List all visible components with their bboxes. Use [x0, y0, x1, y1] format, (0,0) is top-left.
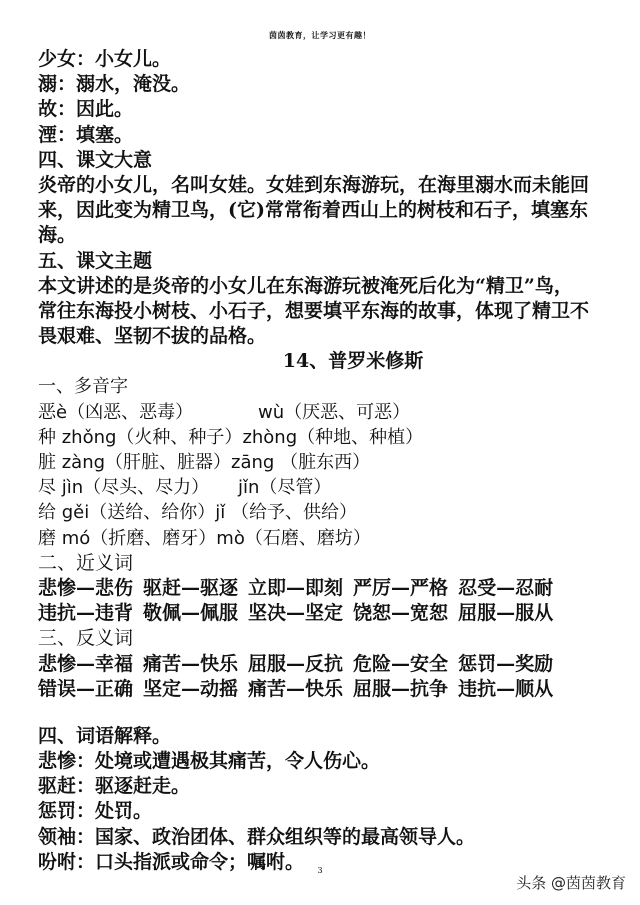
- synonym-row: 悲惨—悲伤 驱赶—驱逐 立即—即刻 严厉—严格 忍受—忍耐: [38, 576, 608, 601]
- antonym-row: 悲惨—幸福 痛苦—快乐 屈服—反抗 危险—安全 惩罚—奖励: [38, 652, 608, 677]
- glossary-line: 惩罚：处罚。: [38, 799, 608, 824]
- antonym-pair: 悲惨—幸福: [38, 652, 133, 677]
- polyphone-row: 脏 zàng（肝脏、脏器） zāng （脏东西）: [38, 450, 608, 475]
- watermark: 头条 @茵茵教育: [516, 872, 626, 893]
- lesson-title: 14、普罗米修斯: [38, 349, 608, 374]
- polyphone-row: 尽 jìn（尽头、尽力） jǐn（尽管）: [38, 475, 608, 500]
- section-heading-polyphones: 一、多音字: [38, 374, 608, 399]
- synonym-pair: 立即—即刻: [248, 576, 343, 601]
- synonym-pair: 忍受—忍耐: [458, 576, 553, 601]
- polyphone-reading: mò（石磨、磨坊）: [216, 526, 371, 551]
- polyphone-row: 恶è（凶恶、恶毒） wù（厌恶、可恶）: [38, 400, 608, 425]
- polyphone-row: 给 gěi（送给、给你） jǐ （给予、供给）: [38, 500, 608, 525]
- summary-line: 炎帝的小女儿，名叫女娃。女娃到东海游玩，在海里溺水而未能回: [38, 173, 608, 198]
- polyphone-reading: 恶è（凶恶、恶毒）: [38, 400, 258, 425]
- antonym-pair: 痛苦—快乐: [143, 652, 238, 677]
- glossary-line: 悲惨：处境或遭遇极其痛苦，令人伤心。: [38, 749, 608, 774]
- glossary-line: 领袖：国家、政治团体、群众组织等的最高领导人。: [38, 825, 608, 850]
- synonym-pair: 悲惨—悲伤: [38, 576, 133, 601]
- section-heading-glossary: 四、词语解释。: [38, 724, 608, 749]
- antonym-row: 错误—正确 坚定—动摇 痛苦—快乐 屈服—抗争 违抗—顺从: [38, 677, 608, 702]
- antonym-pair: 违抗—顺从: [458, 677, 553, 702]
- definition-line: 少女：小女儿。: [38, 47, 608, 72]
- synonym-pair: 坚决—坚定: [248, 601, 343, 626]
- polyphone-reading: jǐn（尽管）: [238, 475, 331, 500]
- polyphone-reading: 脏 zàng（肝脏、脏器）: [38, 450, 231, 475]
- antonym-pair: 惩罚—奖励: [458, 652, 553, 677]
- page-header-slogan: 茵茵教育，让学习更有趣！: [0, 30, 640, 41]
- synonym-pair: 违抗—违背: [38, 601, 133, 626]
- antonym-pair: 痛苦—快乐: [248, 677, 343, 702]
- polyphone-reading: 尽 jìn（尽头、尽力）: [38, 475, 238, 500]
- polyphone-row: 种 zhǒng（火种、种子） zhòng（种地、种植）: [38, 425, 608, 450]
- synonym-row: 违抗—违背 敬佩—佩服 坚决—坚定 饶恕—宽恕 屈服—服从: [38, 601, 608, 626]
- polyphone-reading: zhòng（种地、种植）: [242, 425, 423, 450]
- synonym-pair: 饶恕—宽恕: [353, 601, 448, 626]
- theme-line: 畏艰难、坚韧不拔的品格。: [38, 324, 608, 349]
- synonym-pair: 屈服—服从: [458, 601, 553, 626]
- antonym-pair: 坚定—动摇: [143, 677, 238, 702]
- polyphone-reading: 种 zhǒng（火种、种子）: [38, 425, 242, 450]
- polyphone-reading: 磨 mó（折磨、磨牙）: [38, 526, 216, 551]
- summary-line: 来，因此变为精卫鸟，(它)常常衔着西山上的树枝和石子，填塞东: [38, 198, 608, 223]
- polyphone-reading: jǐ （给予、供给）: [215, 500, 357, 525]
- definition-line: 故：因此。: [38, 97, 608, 122]
- definition-line: 溺：溺水，淹没。: [38, 72, 608, 97]
- synonym-pair: 严厉—严格: [353, 576, 448, 601]
- glossary-line: 驱赶：驱逐赶走。: [38, 774, 608, 799]
- theme-line: 常往东海投小树枝、小石子，想要填平东海的故事，体现了精卫不: [38, 299, 608, 324]
- polyphone-reading: 给 gěi（送给、给你）: [38, 500, 215, 525]
- theme-line: 本文讲述的是炎帝的小女儿在东海游玩被淹死后化为“精卫”鸟，: [38, 274, 608, 299]
- section-heading-summary: 四、课文大意: [38, 148, 608, 173]
- antonym-pair: 屈服—反抗: [248, 652, 343, 677]
- antonym-pair: 屈服—抗争: [353, 677, 448, 702]
- document-page: 少女：小女儿。 溺：溺水，淹没。 故：因此。 湮：填塞。 四、课文大意 炎帝的小…: [38, 47, 608, 875]
- summary-line: 海。: [38, 223, 608, 248]
- synonym-pair: 驱赶—驱逐: [143, 576, 238, 601]
- antonym-pair: 危险—安全: [353, 652, 448, 677]
- antonym-pair: 错误—正确: [38, 677, 133, 702]
- definition-line: 湮：填塞。: [38, 123, 608, 148]
- section-heading-antonyms: 三、反义词: [38, 626, 608, 651]
- polyphone-reading: zāng （脏东西）: [231, 450, 370, 475]
- section-heading-synonyms: 二、近义词: [38, 551, 608, 576]
- polyphone-row: 磨 mó（折磨、磨牙） mò（石磨、磨坊）: [38, 526, 608, 551]
- polyphone-reading: wù（厌恶、可恶）: [258, 400, 410, 425]
- section-heading-theme: 五、课文主题: [38, 249, 608, 274]
- synonym-pair: 敬佩—佩服: [143, 601, 238, 626]
